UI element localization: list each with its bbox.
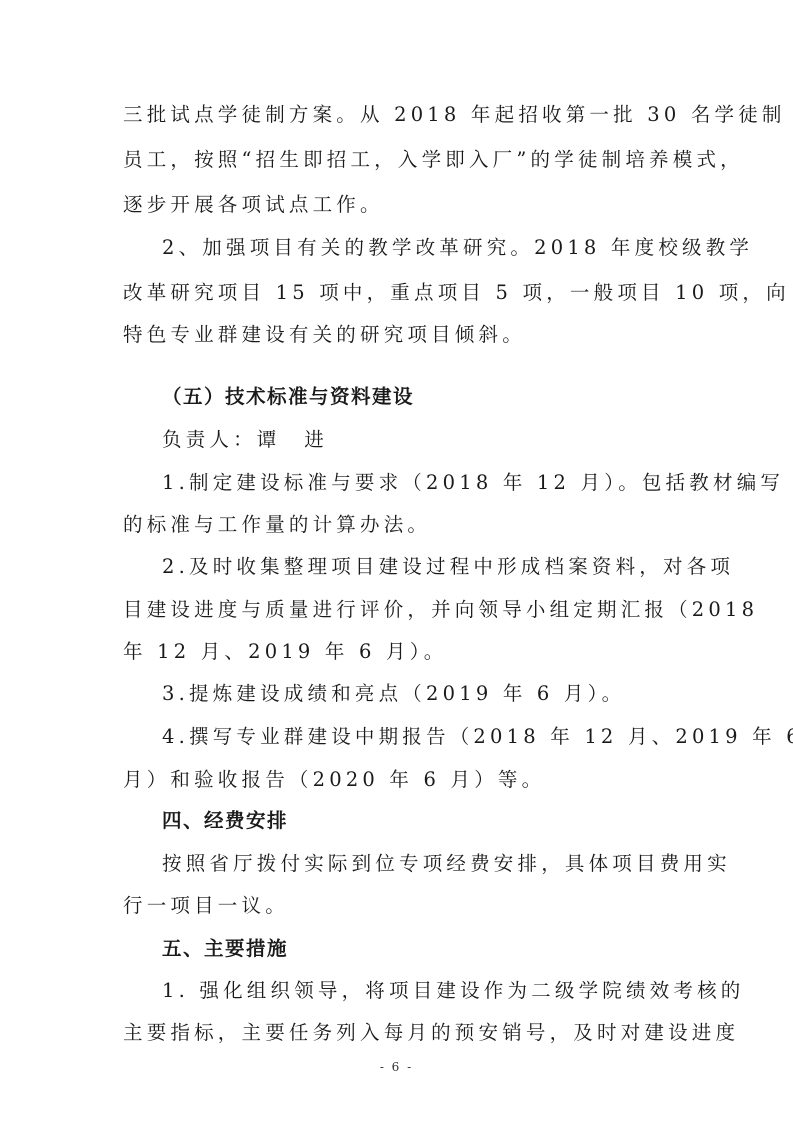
paragraph-start-line: 2.及时收集整理项目建设过程中形成档案资料，对各项: [162, 555, 683, 579]
body-text-line: 的标准与工作量的计算办法。: [123, 513, 683, 537]
body-text-line: 改革研究项目 15 项中，重点项目 5 项，一般项目 10 项，向: [123, 281, 683, 305]
document-page: 三批试点学徒制方案。从 2018 年起招收第一批 30 名学徒制 员工，按照“招…: [0, 0, 793, 1122]
section-heading: 四、经费安排: [162, 809, 683, 833]
body-text-line: 目建设进度与质量进行评价，并向领导小组定期汇报（2018: [123, 598, 683, 622]
body-text-line: 三批试点学徒制方案。从 2018 年起招收第一批 30 名学徒制: [123, 103, 683, 127]
body-text-line: 月）和验收报告（2020 年 6 月）等。: [123, 768, 683, 792]
section-heading: （五）技术标准与资料建设: [162, 385, 683, 409]
body-text-line: 主要指标，主要任务列入每月的预安销号，及时对建设进度: [123, 1021, 683, 1045]
body-text-line: 行一项目一议。: [123, 894, 683, 918]
paragraph-start-line: 1.制定建设标准与要求（2018 年 12 月）。包括教材编写: [162, 471, 683, 495]
paragraph-start-line: 3.提炼建设成绩和亮点（2019 年 6 月）。: [162, 682, 683, 706]
paragraph-start-line: 按照省厅拨付实际到位专项经费安排，具体项目费用实: [162, 852, 683, 876]
body-text-line: 逐步开展各项试点工作。: [123, 193, 683, 217]
body-text-line: 员工，按照“招生即招工，入学即入厂”的学徒制培养模式，: [123, 148, 683, 172]
responsible-person: 负责人：谭 进: [162, 428, 683, 452]
paragraph-start-line: 1. 强化组织领导，将项目建设作为二级学院绩效考核的: [162, 979, 683, 1003]
paragraph-start-line: 2、加强项目有关的教学改革研究。2018 年度校级教学: [162, 236, 683, 260]
body-text-line: 特色专业群建设有关的研究项目倾斜。: [123, 323, 683, 347]
paragraph-start-line: 4.撰写专业群建设中期报告（2018 年 12 月、2019 年 6: [162, 725, 683, 749]
page-number: - 6 -: [0, 1060, 793, 1074]
body-text-line: 年 12 月、2019 年 6 月）。: [123, 640, 683, 664]
section-heading: 五、主要措施: [162, 937, 683, 961]
